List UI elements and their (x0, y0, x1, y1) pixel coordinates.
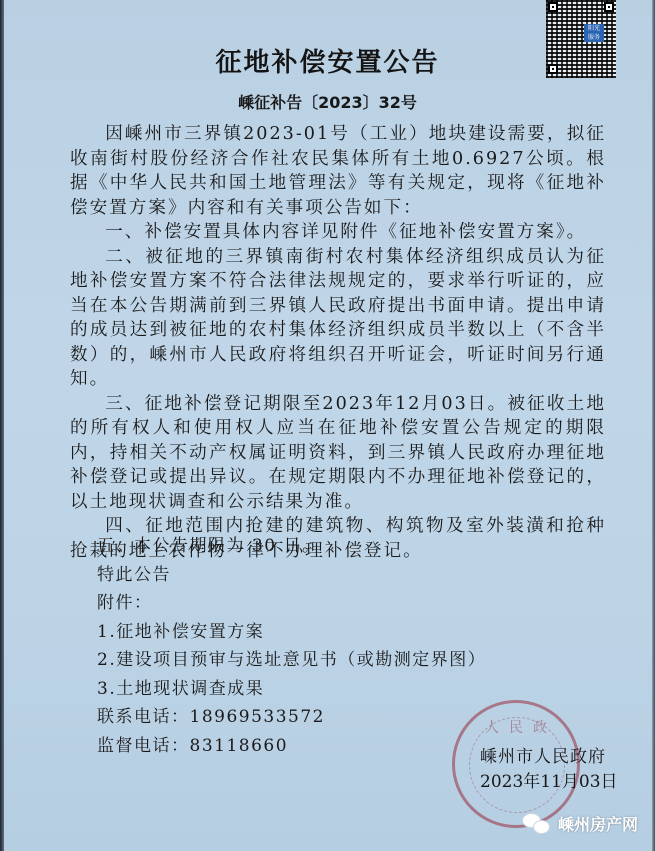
supervision-phone-row: 监督电话：83118660 (97, 732, 486, 761)
item-paragraph-1: 一、补偿安置具体内容详见附件《征地补偿安置方案》。 (70, 220, 606, 245)
document-title: 征地补偿安置公告 (0, 42, 655, 79)
supervision-phone-label: 监督电话： (97, 736, 190, 756)
document-body: 因嵊州市三界镇2023-01号（工业）地块建设需要，拟征收南街村股份经济合作社农… (70, 122, 606, 563)
wechat-icon (522, 813, 552, 835)
watermark: 嵊州房产网 (522, 812, 638, 835)
item-paragraph-3: 三、征地补偿登记期限至2023年12月03日。被征收土地的所有权人和使用权人应当… (70, 392, 606, 515)
qr-logo-text-bottom: 服务 (588, 34, 600, 41)
attachments-label: 附件： (97, 589, 486, 618)
item-paragraph-5: 五、本公告期限为 30 日。 (97, 532, 486, 561)
attachment-item: 1.征地补偿安置方案 (97, 618, 486, 647)
contact-phone-label: 联系电话： (97, 707, 190, 727)
closing-text: 特此公告 (97, 561, 486, 590)
qr-logo-text-top: 阳光 (588, 25, 600, 32)
document-number: 嵊征补告〔2023〕32号 (0, 90, 655, 113)
qr-finder-pattern (604, 2, 614, 12)
closing-block: 五、本公告期限为 30 日。 特此公告 附件： 1.征地补偿安置方案 2.建设项… (97, 532, 486, 760)
signer-name: 嵊州市人民政府 (480, 742, 606, 767)
qr-finder-pattern (548, 2, 558, 12)
item-paragraph-2: 二、被征地的三界镇南街村农村集体经济组织成员认为征地补偿安置方案不符合法律法规规… (70, 245, 606, 392)
contact-phone-value: 18969533572 (190, 707, 325, 727)
intro-paragraph: 因嵊州市三界镇2023-01号（工业）地块建设需要，拟征收南街村股份经济合作社农… (70, 122, 606, 220)
seal-text: 人民政 (485, 717, 557, 737)
watermark-text: 嵊州房产网 (558, 812, 638, 835)
attachment-item: 3.土地现状调查成果 (97, 675, 486, 704)
qr-logo-icon: 阳光 服务 (584, 24, 604, 42)
contact-phone-row: 联系电话：18969533572 (97, 703, 486, 732)
supervision-phone-value: 83118660 (190, 736, 289, 756)
attachment-item: 2.建设项目预审与选址意见书（或勘测定界图） (97, 646, 486, 675)
sign-date: 2023年11月03日 (480, 767, 618, 792)
